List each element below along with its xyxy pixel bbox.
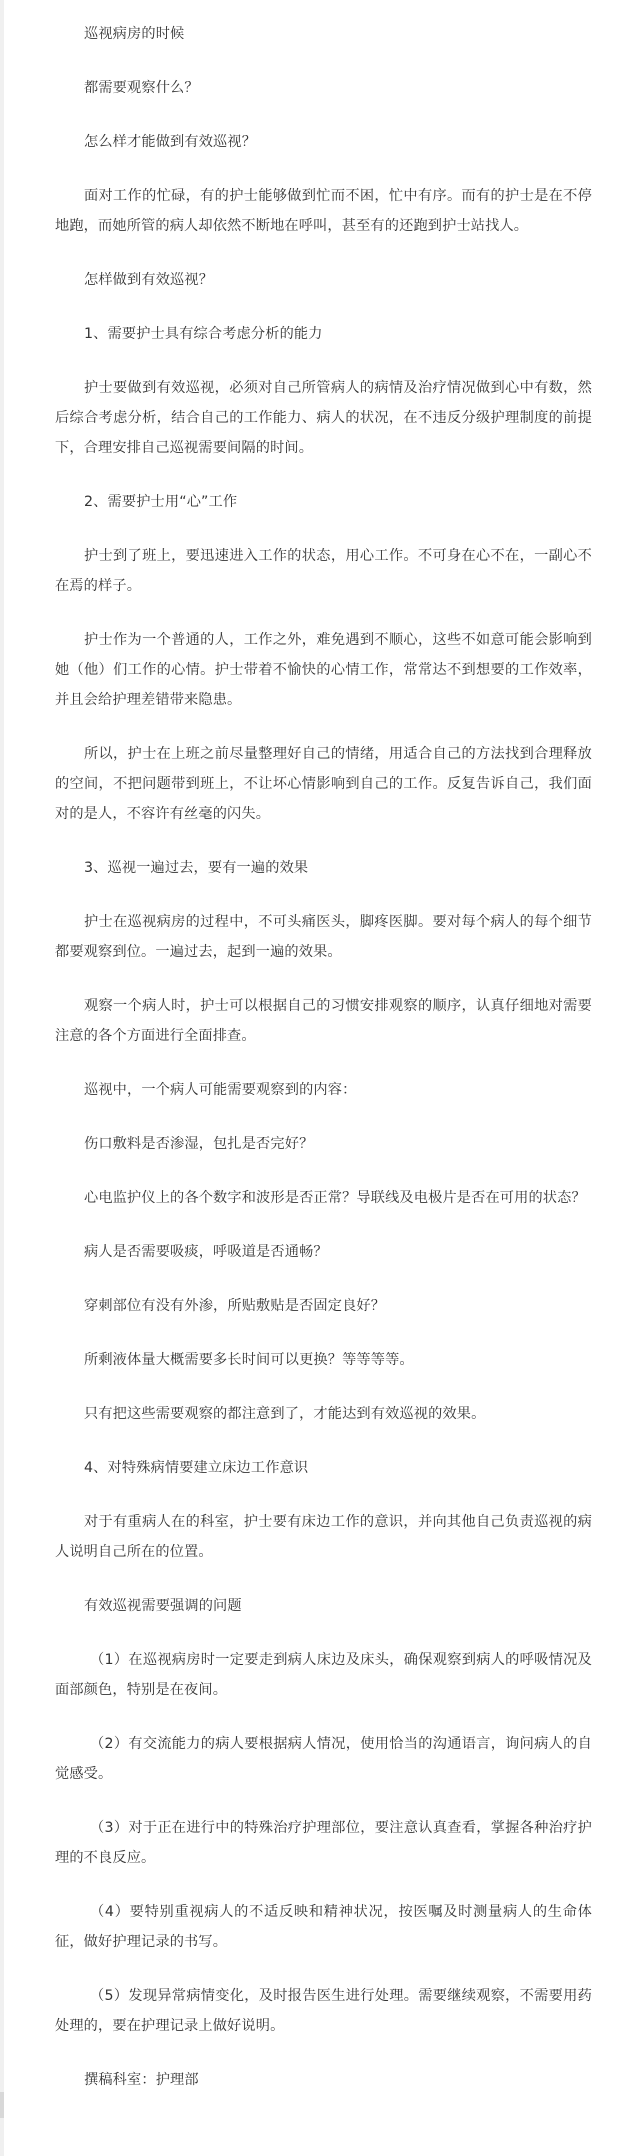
emphasis-item-3: （3）对于正在进行中的特殊治疗护理部位，要注意认真查看，掌握各种治疗护理的不良反… (55, 1813, 592, 1873)
section-heading-4: 4、对特殊病情要建立床边工作意识 (55, 1453, 592, 1483)
section-1-paragraph: 护士要做到有效巡视，必须对自己所管病人的病情及治疗情况做到心中有数，然后综合考虑… (55, 373, 592, 463)
section-4-paragraph: 对于有重病人在的科室，护士要有床边工作的意识，并向其他自己负责巡视的病人说明自己… (55, 1507, 592, 1567)
section-3-paragraph-1: 护士在巡视病房的过程中，不可头痛医头，脚疼医脚。要对每个病人的每个细节都要观察到… (55, 907, 592, 967)
intro-line-2: 都需要观察什么？ (55, 73, 592, 103)
emphasis-item-5: （5）发现异常病情变化，及时报告医生进行处理。需要继续观察，不需要用药处理的，要… (55, 1981, 592, 2041)
emphasis-item-1: （1）在巡视病房时一定要走到病人床边及床头，确保观察到病人的呼吸情况及面部颜色，… (55, 1645, 592, 1705)
observation-item-2: 心电监护仪上的各个数字和波形是否正常？导联线及电极片是否在可用的状态？ (55, 1183, 592, 1213)
section-question: 怎样做到有效巡视？ (55, 265, 592, 295)
section-2-paragraph-3: 所以，护士在上班之前尽量整理好自己的情绪，用适合自己的方法找到合理释放的空间，不… (55, 739, 592, 829)
intro-line-1: 巡视病房的时候 (55, 19, 592, 49)
observation-conclusion: 只有把这些需要观察的都注意到了，才能达到有效巡视的效果。 (55, 1399, 592, 1429)
section-heading-3: 3、巡视一遍过去，要有一遍的效果 (55, 853, 592, 883)
left-border-strip (0, 0, 4, 2156)
section-2-paragraph-1: 护士到了班上，要迅速进入工作的状态，用心工作。不可身在心不在，一副心不在焉的样子… (55, 541, 592, 601)
emphasis-item-2: （2）有交流能力的病人要根据病人情况，使用恰当的沟通语言，询问病人的自觉感受。 (55, 1729, 592, 1789)
emphasis-item-4: （4）要特别重视病人的不适反映和精神状况，按医嘱及时测量病人的生命体征，做好护理… (55, 1897, 592, 1957)
emphasis-heading: 有效巡视需要强调的问题 (55, 1591, 592, 1621)
article-body: 巡视病房的时候 都需要观察什么？ 怎么样才能做到有效巡视？ 面对工作的忙碌，有的… (55, 19, 592, 2119)
section-heading-2: 2、需要护士用“心”工作 (55, 487, 592, 517)
section-2-paragraph-2: 护士作为一个普通的人，工作之外，难免遇到不顺心，这些不如意可能会影响到她（他）们… (55, 625, 592, 715)
observation-list-intro: 巡视中，一个病人可能需要观察到的内容： (55, 1075, 592, 1105)
observation-item-1: 伤口敷料是否渗湿，包扎是否完好？ (55, 1129, 592, 1159)
intro-paragraph: 面对工作的忙碌，有的护士能够做到忙而不困，忙中有序。而有的护士是在不停地跑，而她… (55, 181, 592, 241)
observation-item-3: 病人是否需要吸痰，呼吸道是否通畅？ (55, 1237, 592, 1267)
section-3-paragraph-2: 观察一个病人时，护士可以根据自己的习惯安排观察的顺序，认真仔细地对需要注意的各个… (55, 991, 592, 1051)
intro-line-3: 怎么样才能做到有效巡视？ (55, 127, 592, 157)
section-heading-1: 1、需要护士具有综合考虑分析的能力 (55, 319, 592, 349)
observation-item-5: 所剩液体量大概需要多长时间可以更换？等等等等。 (55, 1345, 592, 1375)
observation-item-4: 穿刺部位有没有外渗，所贴敷贴是否固定良好？ (55, 1291, 592, 1321)
left-border-marker (0, 2092, 4, 2118)
author-department: 撰稿科室：护理部 (55, 2065, 592, 2095)
